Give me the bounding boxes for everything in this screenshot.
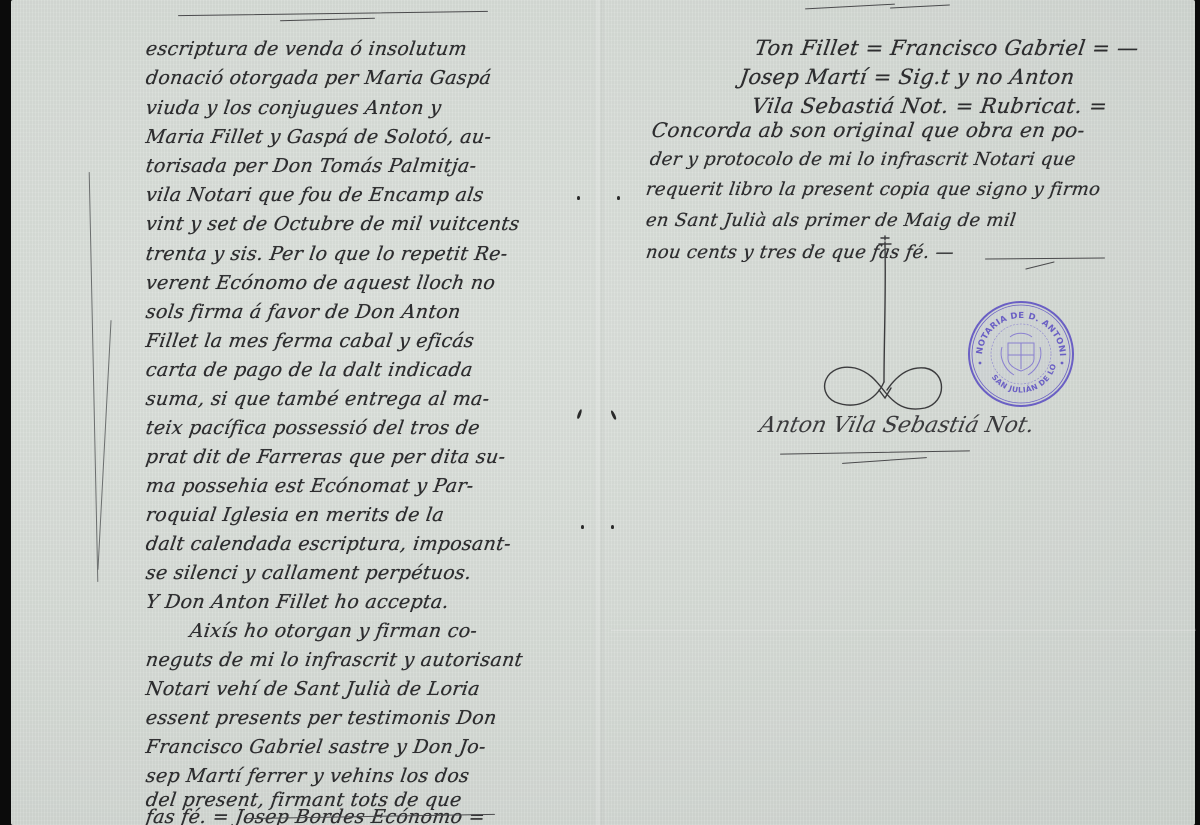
text-line: sols firma á favor de Don Anton bbox=[144, 301, 462, 323]
text-line: Ton Fillet = Francisco Gabriel = — bbox=[753, 36, 1140, 60]
text-line: Y Don Anton Fillet ho accepta. bbox=[144, 591, 450, 613]
text-line: en Sant Julià als primer de Maig de mil bbox=[645, 210, 1018, 231]
text-line: verent Ecónomo de aquest lloch no bbox=[144, 272, 496, 294]
text-line: neguts de mi lo infrascrit y autorisant bbox=[144, 649, 524, 671]
text-line: teix pacífica possessió del tros de bbox=[144, 417, 481, 439]
horizontal-fold bbox=[611, 628, 1196, 631]
left-page: escriptura de venda ó insolutum donació … bbox=[130, 0, 590, 825]
text-line: der y protocolo de mi lo infrascrit Nota… bbox=[649, 149, 1078, 170]
text-line: vint y set de Octubre de mil vuitcents bbox=[144, 213, 521, 235]
text-line: carta de pago de la dalt indicada bbox=[144, 359, 474, 381]
notary-signature: Anton Vila Sebastiá Not. bbox=[757, 413, 1036, 438]
text-line: vila Notari que fou de Encamp als bbox=[144, 184, 485, 206]
text-line: prat dit de Farreras que per dita su- bbox=[144, 446, 506, 468]
text-line: torisada per Don Tomás Palmitja- bbox=[144, 155, 477, 177]
top-rule bbox=[280, 18, 375, 22]
text-line: Maria Fillet y Gaspá de Solotó, au- bbox=[144, 126, 492, 148]
text-line: Notari vehí de Sant Julià de Loria bbox=[144, 678, 481, 700]
text-line: Aixís ho otorgan y firman co- bbox=[188, 620, 478, 642]
ink-blot bbox=[617, 196, 620, 200]
text-line: requerit libro la present copia que sign… bbox=[645, 179, 1102, 200]
top-rule bbox=[178, 11, 488, 17]
text-line: viuda y los conjugues Anton y bbox=[144, 97, 442, 119]
ink-blot bbox=[577, 196, 580, 200]
text-line: Fillet la mes ferma cabal y eficás bbox=[144, 330, 475, 352]
text-line: se silenci y callament perpétuos. bbox=[144, 562, 473, 584]
text-line: Francisco Gabriel sastre y Don Jo- bbox=[144, 736, 487, 758]
ink-blot bbox=[611, 525, 614, 529]
text-line: donació otorgada per Maria Gaspá bbox=[144, 67, 492, 89]
text-line: essent presents per testimonis Don bbox=[144, 707, 498, 729]
notarial-cross-loops-icon bbox=[815, 232, 955, 417]
notarial-mark bbox=[815, 232, 955, 417]
ink-blot bbox=[581, 525, 584, 529]
text-line: trenta y sis. Per lo que lo repetit Re- bbox=[144, 243, 509, 265]
text-line: escriptura de venda ó insolutum bbox=[144, 38, 468, 60]
center-fold bbox=[593, 0, 607, 825]
text-line: Vila Sebastiá Not. = Rubricat. = bbox=[750, 94, 1109, 118]
notary-stamp: NOTARIA DE D. ANTONIO VILA SEBASTIÁ SAN … bbox=[966, 299, 1076, 409]
notary-seal-icon: NOTARIA DE D. ANTONIO VILA SEBASTIÁ SAN … bbox=[966, 299, 1076, 409]
text-line: roquial Iglesia en merits de la bbox=[144, 504, 445, 526]
text-line: Concorda ab son original que obra en po- bbox=[650, 118, 1086, 142]
text-line: sep Martí ferrer y vehins los dos bbox=[144, 765, 470, 787]
text-line: dalt calendada escriptura, imposant- bbox=[144, 533, 512, 555]
text-line: ma possehia est Ecónomat y Par- bbox=[144, 475, 475, 497]
text-line: suma, si que també entrega al ma- bbox=[144, 388, 491, 410]
text-line: Josep Martí = Sig.t y no Anton bbox=[738, 65, 1076, 89]
